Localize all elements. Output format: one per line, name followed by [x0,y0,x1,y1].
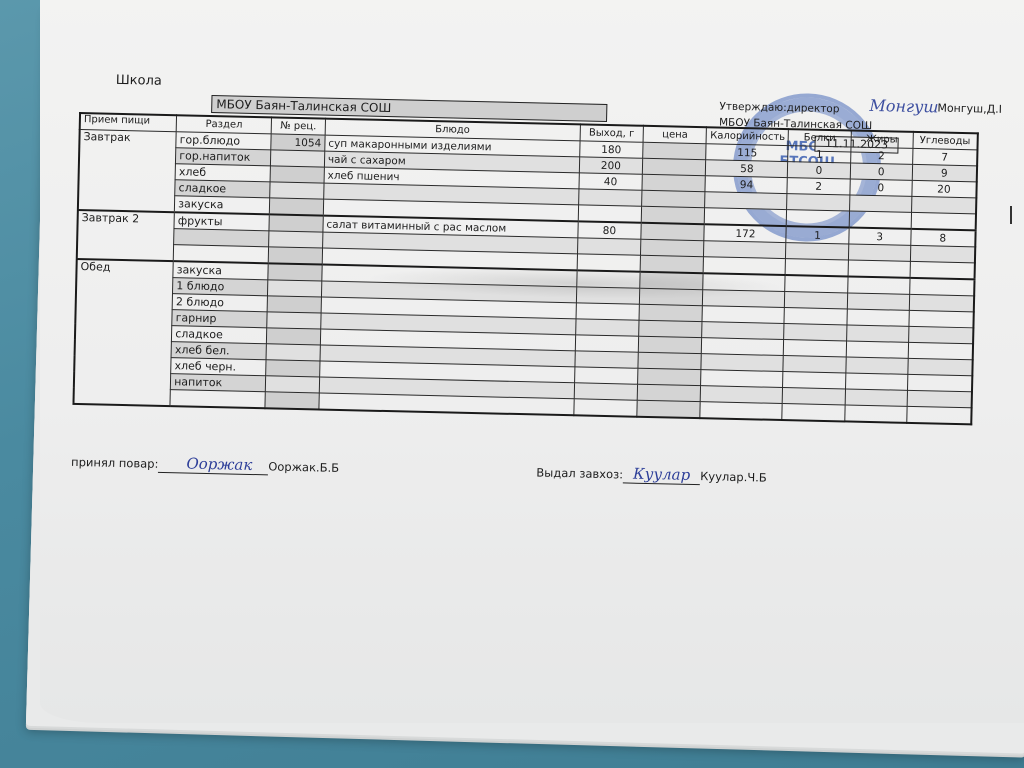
calories-cell [705,208,787,226]
protein-cell [784,308,847,325]
calories-cell [701,354,783,372]
protein-cell [783,372,846,389]
storekeeper-signature: Куулар [633,465,691,484]
protein-cell: 0 [788,162,851,179]
carbs-cell [908,326,973,343]
fat-cell: 2 [850,147,912,164]
protein-cell [786,259,849,277]
fat-cell: 0 [850,163,912,180]
meal-name-cell: Обед [73,259,173,406]
fat-cell [848,260,910,278]
recipe-cell [266,344,320,361]
header-yield: Выход, г [580,124,644,142]
recipe-cell [268,263,322,281]
fat-cell [848,244,910,261]
yield-cell [577,238,641,255]
yield-cell [575,335,639,352]
protein-cell [785,275,848,293]
cook-signature: Ооржак [186,455,252,474]
protein-cell [785,292,848,309]
yield-cell: 180 [579,141,643,158]
fat-cell [846,325,908,342]
carbs-cell [907,390,972,407]
recipe-cell: 1054 [271,134,325,151]
menu-form: Школа МБОУ Баян-Талинская СОШ МБОУ БТСОШ… [70,72,979,512]
header-carbs: Углеводы [913,132,978,150]
paper-sheet: Школа МБОУ Баян-Талинская СОШ МБОУ БТСОШ… [40,0,1024,723]
yield-cell: 40 [579,173,643,190]
carbs-cell [908,342,973,359]
price-cell [643,158,707,175]
fat-cell [847,293,909,310]
director-name: Монгуш,Д.І [937,101,1002,115]
carbs-cell [909,278,974,296]
calories-cell [705,192,787,210]
price-cell [643,142,707,159]
calories-cell [701,370,783,388]
carbs-cell: 9 [912,164,977,181]
protein-cell [783,388,846,405]
yield-cell: 200 [579,157,643,174]
fat-cell [849,211,911,229]
cook-label: принял повар: [71,455,159,471]
fat-cell [849,195,911,212]
yield-cell [578,189,642,206]
calories-cell [701,386,783,404]
recipe-cell [270,166,324,183]
recipe-cell [269,214,323,232]
recipe-cell [270,182,324,199]
calories-cell [704,241,786,259]
protein-cell [784,340,847,357]
header-price: цена [643,126,707,144]
protein-cell [787,210,850,228]
recipe-cell [267,328,321,345]
header-recipe: № рец. [271,117,325,135]
protein-cell [786,243,849,260]
protein-cell [783,356,846,373]
calories-cell: 172 [704,224,786,242]
protein-cell [782,404,845,422]
carbs-cell [909,294,974,311]
cook-name: Ооржак.Б.Б [268,459,339,475]
calories-cell [700,402,782,420]
yield-cell [574,383,638,400]
carbs-cell [911,212,976,230]
fat-cell [847,309,909,326]
protein-cell [787,194,850,211]
meal-name-cell: Завтрак [78,130,177,213]
storekeeper-name: Куулар.Ч.Б [700,469,767,485]
fat-cell [844,405,906,423]
carbs-cell [909,310,974,327]
recipe-cell [269,198,323,216]
yield-cell [575,319,639,336]
fat-cell [847,276,909,294]
carbs-cell [910,261,975,279]
meal-name-cell: Завтрак 2 [77,210,175,261]
fat-cell [846,341,908,358]
header-protein: Белки [788,129,851,147]
calories-cell [702,322,784,340]
yield-cell [575,351,639,368]
calories-cell [702,338,784,356]
price-cell [641,239,705,256]
carbs-cell: 20 [912,180,977,197]
fat-cell: 0 [850,179,912,196]
header-fat: Жиры [851,131,913,149]
recipe-cell [271,150,325,167]
recipe-cell [267,312,321,329]
fat-cell [845,357,907,374]
price-cell [642,174,706,191]
price-cell [641,223,705,241]
price-cell [637,384,701,401]
carbs-cell [910,245,975,262]
yield-cell [576,303,640,320]
carbs-cell [906,406,971,424]
recipe-cell [268,247,322,265]
calories-cell [702,306,784,324]
school-label: Школа [116,73,162,89]
price-cell [638,352,702,369]
yield-cell: 80 [577,221,641,239]
director-signature: Монгуш [869,96,938,117]
price-cell [638,368,702,385]
carbs-cell [911,196,976,213]
fat-cell [845,389,907,406]
protein-cell [784,324,847,341]
carbs-cell [908,358,973,375]
recipe-cell [266,360,320,377]
fat-cell: 3 [848,227,910,245]
price-cell [639,304,703,321]
carbs-cell: 7 [912,148,977,165]
recipe-cell [267,296,321,313]
yield-cell [573,399,637,417]
fat-cell [845,373,907,390]
calories-cell: 58 [706,160,788,178]
recipe-cell [268,280,322,297]
protein-cell: 1 [786,226,849,244]
price-cell [639,320,703,337]
price-cell [642,190,706,207]
yield-cell [574,367,638,384]
price-cell [641,206,705,224]
carbs-cell [907,374,972,391]
protein-cell: 1 [788,146,851,163]
recipe-cell [265,392,319,410]
yield-cell [578,205,642,223]
recipe-cell [269,231,323,248]
price-cell [637,400,701,418]
carbs-cell: 8 [911,229,976,247]
calories-cell: 94 [705,176,787,194]
protein-cell: 2 [787,178,850,195]
calories-cell: 115 [706,144,788,162]
section-cell [170,390,265,409]
recipe-cell [265,376,319,393]
header-calories: Калорийность [707,127,789,145]
pen-mark [1010,206,1012,224]
storekeeper-label: Выдал завхоз: [536,465,623,481]
price-cell [638,336,702,353]
signature-footer: принял повар:ОоржакОоржак.Б.Б Выдал завх… [71,452,931,491]
